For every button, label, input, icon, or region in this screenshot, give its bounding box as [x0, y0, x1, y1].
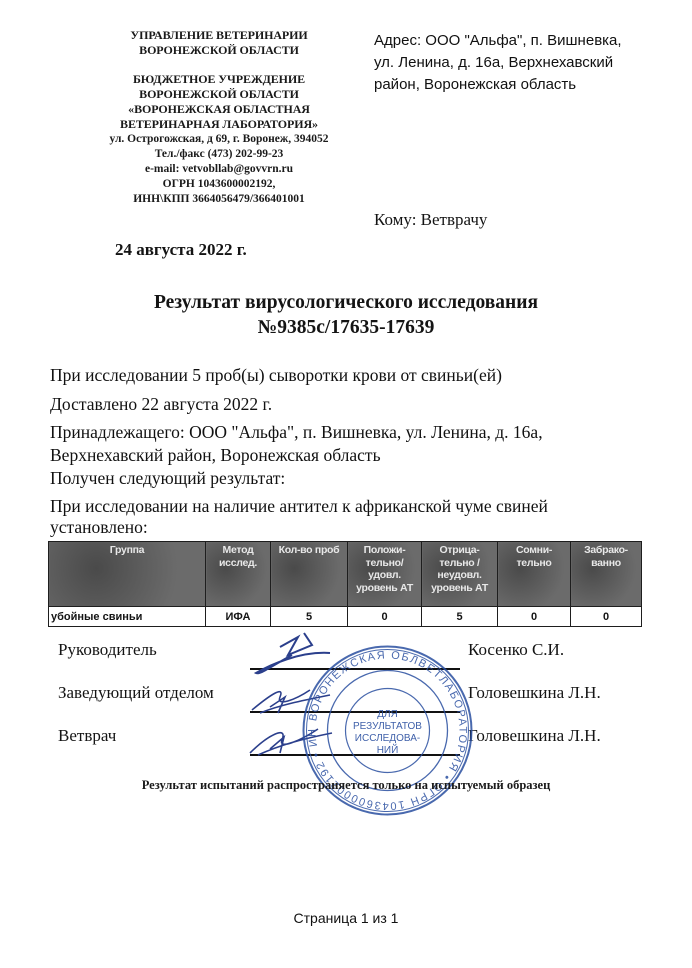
svg-text:РЕЗУЛЬТАТОВ: РЕЗУЛЬТАТОВ — [353, 721, 422, 732]
page-number: Страница 1 из 1 — [0, 910, 692, 926]
study-text: При исследовании на наличие антител к аф… — [50, 496, 660, 538]
svg-text:ИССЛЕДОВА-: ИССЛЕДОВА- — [355, 733, 420, 744]
signature-name-vet: Головешкина Л.Н. — [468, 726, 601, 746]
header-doubtful: Сомни- тельно — [498, 542, 571, 607]
signature-role-dept: Заведующий отделом — [58, 683, 214, 703]
cell-group: убойные свиньи — [49, 607, 206, 627]
header-text: исслед. — [207, 557, 269, 570]
header-group: Группа — [49, 542, 206, 607]
document-date: 24 августа 2022 г. — [115, 240, 247, 260]
recipient: Кому: Ветврачу — [374, 210, 487, 230]
header-rejected: Забрако- ванно — [571, 542, 642, 607]
table-row: убойные свиньи ИФА 5 0 5 0 0 — [49, 607, 642, 627]
org-line: БЮДЖЕТНОЕ УЧРЕЖДЕНИЕ — [88, 72, 350, 87]
signature-name-dept: Головешкина Л.Н. — [468, 683, 601, 703]
header-text: Отрица- — [423, 544, 496, 557]
client-address-line: район, Воронежская область — [374, 74, 674, 96]
svg-text:ДЛЯ: ДЛЯ — [377, 709, 398, 720]
owner-line: Принадлежащего: ООО "Альфа", п. Вишневка… — [50, 421, 660, 444]
study-line: установлено: — [50, 517, 660, 538]
study-line: При исследовании на наличие антител к аф… — [50, 496, 660, 517]
signature-role-head: Руководитель — [58, 640, 157, 660]
header-text: Положи- — [349, 544, 420, 557]
cell-count: 5 — [271, 607, 348, 627]
header-text: Группа — [50, 544, 204, 557]
org-line: ВОРОНЕЖСКОЙ ОБЛАСТИ — [88, 87, 350, 102]
title-number: №9385с/17635-17639 — [0, 315, 692, 340]
header-text: неудовл. — [423, 569, 496, 582]
org-email: e-mail: vetvobllab@govvrn.ru — [88, 162, 350, 177]
header-text: уровень АТ — [349, 582, 420, 595]
header-text: тельно/ — [349, 557, 420, 570]
client-address-line: ул. Ленина, д. 16а, Верхнехавский — [374, 52, 674, 74]
owner-text: Принадлежащего: ООО "Альфа", п. Вишневка… — [50, 421, 660, 467]
org-phone: Тел./факс (473) 202-99-23 — [88, 147, 350, 162]
cell-negative: 5 — [422, 607, 498, 627]
signature-name-head: Косенко С.И. — [468, 640, 564, 660]
cell-rejected: 0 — [571, 607, 642, 627]
header-text: Метод — [207, 544, 269, 557]
result-intro: Получен следующий результат: — [50, 467, 660, 490]
header-text: тельно — [499, 557, 569, 570]
header-text: Кол-во проб — [272, 544, 346, 557]
owner-line: Верхнехавский район, Воронежская область — [50, 444, 660, 467]
header-text: Забрако- — [572, 544, 640, 557]
client-address: Адрес: ООО "Альфа", п. Вишневка, ул. Лен… — [374, 30, 674, 96]
header-text: тельно / — [423, 557, 496, 570]
org-line: ВЕТЕРИНАРНАЯ ЛАБОРАТОРИЯ» — [88, 117, 350, 132]
document-title: Результат вирусологического исследования… — [0, 290, 692, 340]
header-text: уровень АТ — [423, 582, 496, 595]
title-line: Результат вирусологического исследования — [0, 290, 692, 315]
org-ogrn: ОГРН 1043600002192, — [88, 177, 350, 192]
cell-positive: 0 — [348, 607, 422, 627]
org-line: ВОРОНЕЖСКОЙ ОБЛАСТИ — [88, 43, 350, 58]
header-positive: Положи- тельно/ удовл. уровень АТ — [348, 542, 422, 607]
delivered-text: Доставлено 22 августа 2022 г. — [50, 393, 660, 416]
header-method: Метод исслед. — [206, 542, 271, 607]
cell-method: ИФА — [206, 607, 271, 627]
signature-role-vet: Ветврач — [58, 726, 116, 746]
cell-doubtful: 0 — [498, 607, 571, 627]
header-text: ванно — [572, 557, 640, 570]
header-text: Сомни- — [499, 544, 569, 557]
header-negative: Отрица- тельно / неудовл. уровень АТ — [422, 542, 498, 607]
samples-text: При исследовании 5 проб(ы) сыворотки кро… — [50, 364, 660, 387]
org-address: ул. Острогожская, д 69, г. Воронеж, 3940… — [88, 132, 350, 147]
results-table: Группа Метод исслед. Кол-во проб Положи-… — [48, 541, 642, 627]
org-line: УПРАВЛЕНИЕ ВЕТЕРИНАРИИ — [88, 28, 350, 43]
table-header-row: Группа Метод исслед. Кол-во проб Положи-… — [49, 542, 642, 607]
header-count: Кол-во проб — [271, 542, 348, 607]
organization-header: УПРАВЛЕНИЕ ВЕТЕРИНАРИИ ВОРОНЕЖСКОЙ ОБЛАС… — [88, 28, 350, 207]
header-text: удовл. — [349, 569, 420, 582]
client-address-line: Адрес: ООО "Альфа", п. Вишневка, — [374, 30, 674, 52]
org-line: «ВОРОНЕЖСКАЯ ОБЛАСТНАЯ — [88, 102, 350, 117]
svg-text:НИЙ: НИЙ — [377, 743, 399, 756]
disclaimer-text: Результат испытаний распространяется тол… — [0, 778, 692, 793]
org-inn: ИНН\КПП 3664056479/366401001 — [88, 192, 350, 207]
